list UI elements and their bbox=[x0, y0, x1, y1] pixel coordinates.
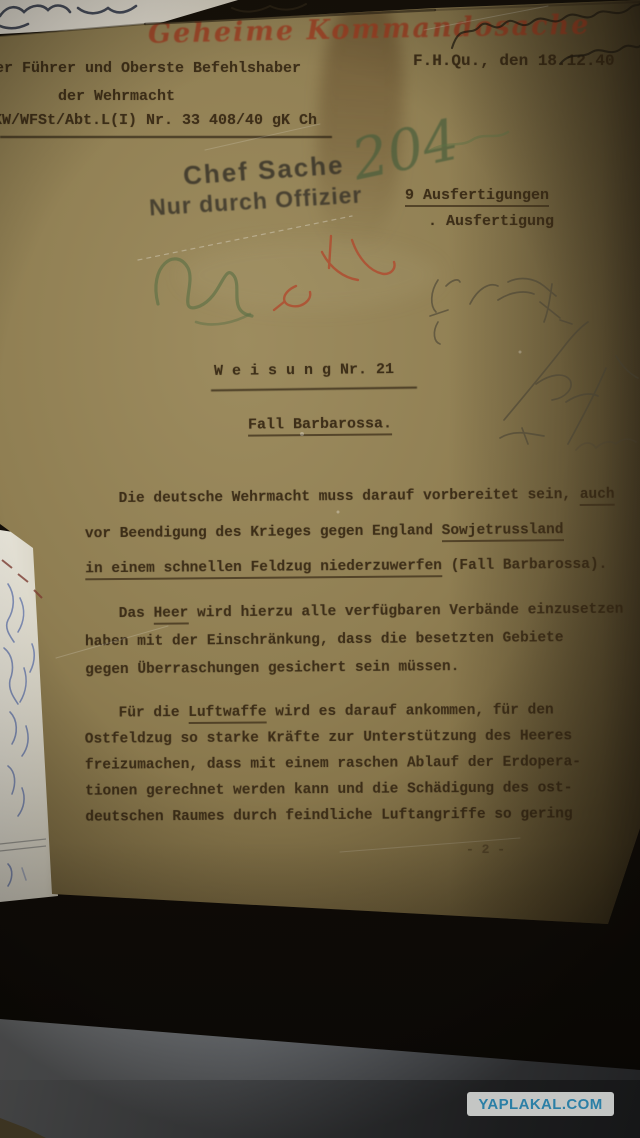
paragraph-2-line-3: gegen Überraschungen gesichert sein müss… bbox=[85, 658, 624, 663]
title-underline bbox=[211, 387, 417, 392]
issuer-line-2: der Wehrmacht bbox=[58, 88, 175, 105]
underlined-segment: Luftwaffe bbox=[188, 704, 266, 724]
text-segment: freizumachen, dass mit einem raschen Abl… bbox=[85, 754, 581, 773]
underlined-segment: auch bbox=[580, 487, 615, 506]
paragraph-3-line-3: freizumachen, dass mit einem raschen Abl… bbox=[85, 754, 581, 757]
watermark-badge: YAPLAKAL.COM bbox=[467, 1092, 614, 1116]
copies-count-text: 9 Ausfertigungen bbox=[405, 187, 549, 207]
paragraph-3-line-2: Ostfeldzug so starke Kräfte zur Unterstü… bbox=[85, 728, 581, 731]
paragraph-3: Für die Luftwaffe wird es darauf ankomme… bbox=[85, 702, 582, 835]
watermark-text: YAPLAKAL.COM bbox=[478, 1096, 602, 1113]
text-segment: deutschen Raumes durch feindliche Luftan… bbox=[85, 806, 572, 825]
underlined-segment: Heer bbox=[153, 605, 188, 624]
copies-count-line: 9 Ausfertigungen bbox=[405, 187, 549, 204]
paragraph-2-line-1: Das Heer wird hierzu alle verfügbaren Ve… bbox=[85, 602, 624, 607]
paragraph-1-line-2: vor Beendigung des Krieges gegen England… bbox=[85, 522, 615, 527]
dateline: F.H.Qu., den 18.12.40 bbox=[413, 52, 615, 70]
issuer-line-1: Der Führer und Oberste Befehlshaber bbox=[0, 60, 301, 77]
reference-line: OKW/WFSt/Abt.L(I) Nr. 33 408/40 gK Ch bbox=[0, 112, 317, 129]
paragraph-1-line-1: Die deutsche Wehrmacht muss darauf vorbe… bbox=[85, 487, 615, 492]
paragraph-3-line-5: deutschen Raumes durch feindliche Luftan… bbox=[85, 806, 581, 809]
text-segment: vor Beendigung des Krieges gegen England bbox=[85, 523, 442, 542]
text-segment: gegen Überraschungen gesichert sein müss… bbox=[85, 659, 459, 678]
paper-sheen bbox=[180, 240, 440, 310]
page-marker: - 2 - bbox=[466, 842, 505, 857]
classification-stamp: Geheime Kommandosache bbox=[148, 9, 591, 49]
paragraph-2-line-2: haben mit der Einschränkung, dass die be… bbox=[85, 630, 624, 635]
text-segment: tionen gerechnet werden kann und die Sch… bbox=[85, 780, 572, 799]
text-segment: Für die bbox=[119, 705, 189, 721]
copy-number-line: . Ausfertigung bbox=[428, 213, 554, 230]
subtitle-text: Fall Barbarossa. bbox=[248, 415, 392, 436]
photo-root: Geheime Kommandosache Der Führer und Obe… bbox=[0, 0, 640, 1138]
directive-title: W e i s u n g Nr. 21 bbox=[214, 361, 394, 380]
reference-underline bbox=[0, 136, 332, 138]
text-segment: wird hierzu alle verfügbaren Verbände ei… bbox=[188, 602, 623, 622]
paragraph-1-line-3: in einem schnellen Feldzug niederzuwerfe… bbox=[85, 557, 615, 562]
directive-subtitle: Fall Barbarossa. bbox=[248, 415, 392, 433]
text-segment: haben mit der Einschränkung, dass die be… bbox=[85, 630, 564, 650]
paragraph-3-line-4: tionen gerechnet werden kann und die Sch… bbox=[85, 780, 581, 783]
paragraph-1: Die deutsche Wehrmacht muss darauf vorbe… bbox=[85, 487, 616, 597]
text-segment: Die deutsche Wehrmacht muss darauf vorbe… bbox=[119, 487, 580, 507]
paragraph-3-line-1: Für die Luftwaffe wird es darauf ankomme… bbox=[85, 702, 581, 705]
document-sheet: Geheime Kommandosache Der Führer und Obe… bbox=[0, 0, 640, 1138]
text-segment: Das bbox=[119, 606, 154, 622]
underlined-segment: in einem schnellen Feldzug niederzuwerfe… bbox=[85, 558, 442, 580]
text-segment: wird es darauf ankommen, für den bbox=[267, 702, 554, 720]
text-segment: Ostfeldzug so starke Kräfte zur Unterstü… bbox=[85, 728, 572, 747]
paragraph-2: Das Heer wird hierzu alle verfügbaren Ve… bbox=[85, 602, 624, 691]
underlined-segment: Sowjetrussland bbox=[442, 522, 564, 542]
text-segment: (Fall Barbarossa). bbox=[442, 557, 607, 574]
